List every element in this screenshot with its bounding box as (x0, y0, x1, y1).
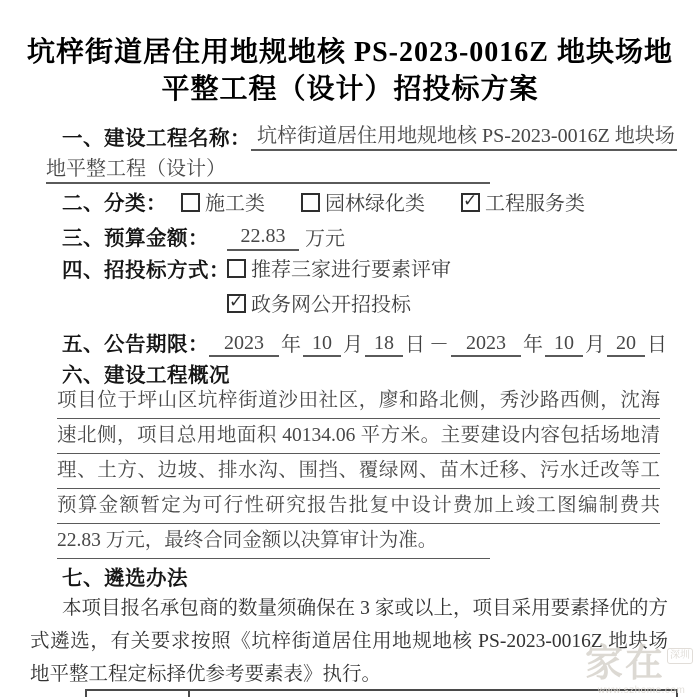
table-fragment-divider (85, 691, 87, 697)
section-selection-heading-label: 七、遴选办法 (62, 567, 188, 590)
bidding-option-public-tender-label: 政务网公开招投标 (251, 294, 411, 316)
field-budget-label: 三、预算金额： (62, 221, 209, 251)
overview-line-2: 速北侧，项目总用地面积 40134.06 平方米。主要建设内容包括场地清 (57, 419, 660, 454)
start-day-unit: 日 (405, 328, 425, 357)
start-month-unit: 月 (343, 328, 363, 357)
category-option-engineering-service: 工程服务类 (461, 187, 585, 216)
end-month-unit: 月 (585, 328, 605, 357)
watermark-url: www.szhome.com (585, 685, 698, 696)
start-year-unit: 年 (281, 328, 301, 357)
field-budget: 三、预算金额： 22.83 万元 (62, 221, 345, 251)
overview-line-1: 项目位于坪山区坑梓街道沙田社区，廖和路北侧，秀沙路西侧，沈海高 (57, 384, 660, 419)
start-month-value: 10 (303, 332, 341, 357)
end-month-value: 10 (545, 332, 583, 357)
field-announcement-period: 五、公告期限： 2023 年 10 月 18 日 － 2023 年 10 月 2… (62, 327, 669, 357)
selection-line-1: 本项目报名承包商的数量须确保在 3 家或以上，项目采用要素择优的方 (30, 592, 668, 625)
budget-unit: 万元 (305, 222, 345, 251)
title-line1: 坑梓街道居住用地规地核 PS-2023-0016Z 地块场地 (0, 34, 700, 71)
category-option-construction-label: 施工类 (205, 193, 265, 215)
checkbox-construction[interactable] (181, 193, 200, 212)
period-separator: － (429, 328, 449, 357)
end-year-unit: 年 (523, 328, 543, 357)
watermark-top: 家在 深圳 (585, 644, 698, 684)
section-selection-heading: 七、遴选办法 (62, 561, 188, 591)
field-project-name-label: 一、建设工程名称： (62, 121, 251, 151)
field-announcement-period-label: 五、公告期限： (62, 327, 209, 357)
checkbox-public-tender[interactable] (227, 294, 246, 313)
category-option-engineering-service-label: 工程服务类 (485, 193, 585, 215)
watermark-badge: 深圳 (667, 648, 693, 664)
field-bidding-method-label: 四、招投标方式： (62, 259, 230, 282)
selection-line-3: 地平整工程定标择优参考要素表》执行。 (30, 658, 668, 691)
category-option-landscaping: 园林绿化类 (301, 187, 425, 216)
selection-paragraph: 本项目报名承包商的数量须确保在 3 家或以上，项目采用要素择优的方 式遴选，有关… (30, 592, 668, 691)
field-category-label: 二、分类： (62, 186, 167, 216)
overview-line-3: 理、土方、边坡、排水沟、围挡、覆绿网、苗木迁移、污水迁改等工程。 (57, 454, 660, 489)
start-day-value: 18 (365, 332, 403, 357)
overview-line-5: 22.83 万元，最终合同金额以决算审计为准。 (57, 524, 490, 559)
selection-line-2: 式遴选，有关要求按照《坑梓街道居住用地规地核 PS-2023-0016Z 地块场 (30, 625, 668, 658)
start-year-value: 2023 (209, 332, 279, 357)
watermark-logo-text: 家在 (585, 644, 665, 684)
bidding-option-public-tender: 政务网公开招投标 (227, 288, 411, 317)
category-option-landscaping-label: 园林绿化类 (325, 193, 425, 215)
end-year-value: 2023 (451, 332, 521, 357)
document-page: 坑梓街道居住用地规地核 PS-2023-0016Z 地块场地 平整工程（设计）招… (0, 0, 700, 697)
end-day-value: 20 (607, 332, 645, 357)
watermark: 家在 深圳 www.szhome.com (585, 644, 698, 696)
document-title: 坑梓街道居住用地规地核 PS-2023-0016Z 地块场地 平整工程（设计）招… (0, 34, 700, 108)
field-project-name-value-cont: 地平整工程（设计） (46, 152, 490, 184)
bidding-option-recommend-three: 推荐三家进行要素评审 (227, 253, 451, 282)
field-bidding-method: 四、招投标方式： (62, 253, 230, 283)
end-day-unit: 日 (647, 328, 667, 357)
checkbox-recommend-three[interactable] (227, 259, 246, 278)
table-fragment-divider (188, 691, 190, 697)
category-option-construction: 施工类 (181, 187, 265, 216)
field-project-name: 一、建设工程名称： 坑梓街道居住用地规地核 PS-2023-0016Z 地块场 (62, 119, 669, 151)
overview-paragraph: 项目位于坪山区坑梓街道沙田社区，廖和路北侧，秀沙路西侧，沈海高 速北侧，项目总用… (57, 384, 660, 559)
bidding-option-recommend-three-label: 推荐三家进行要素评审 (251, 259, 451, 281)
field-project-name-value: 坑梓街道居住用地规地核 PS-2023-0016Z 地块场 (251, 119, 677, 151)
field-category: 二、分类： 施工类 园林绿化类 工程服务类 (62, 186, 585, 216)
budget-amount-value: 22.83 (227, 225, 299, 251)
title-line2: 平整工程（设计）招投标方案 (0, 71, 700, 108)
checkbox-landscaping[interactable] (301, 193, 320, 212)
overview-line-4: 预算金额暂定为可行性研究报告批复中设计费加上竣工图编制费共 (57, 489, 660, 524)
checkbox-engineering-service[interactable] (461, 193, 480, 212)
